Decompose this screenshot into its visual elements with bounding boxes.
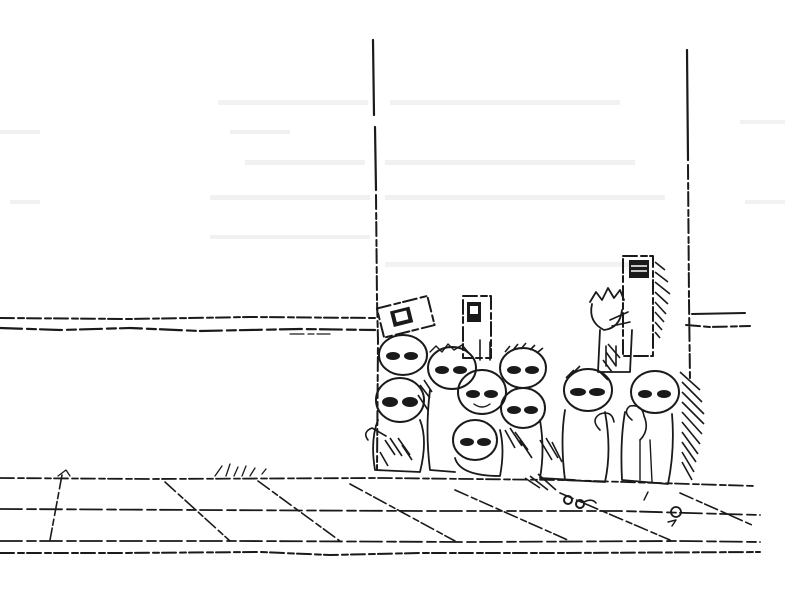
figure-4 [458,370,506,414]
figure-1 [379,335,427,375]
figure-2 [376,378,432,422]
ink-illustration [0,0,800,600]
figure-5 [500,343,546,388]
floor-debris [564,492,681,526]
crowd [366,335,704,490]
bleed-through-lines [0,100,785,267]
left-wall [0,317,375,334]
figure-7 [453,420,497,460]
right-wall [686,313,750,327]
figure-6 [501,388,545,428]
figure-3 [428,344,476,389]
floor [0,464,760,555]
